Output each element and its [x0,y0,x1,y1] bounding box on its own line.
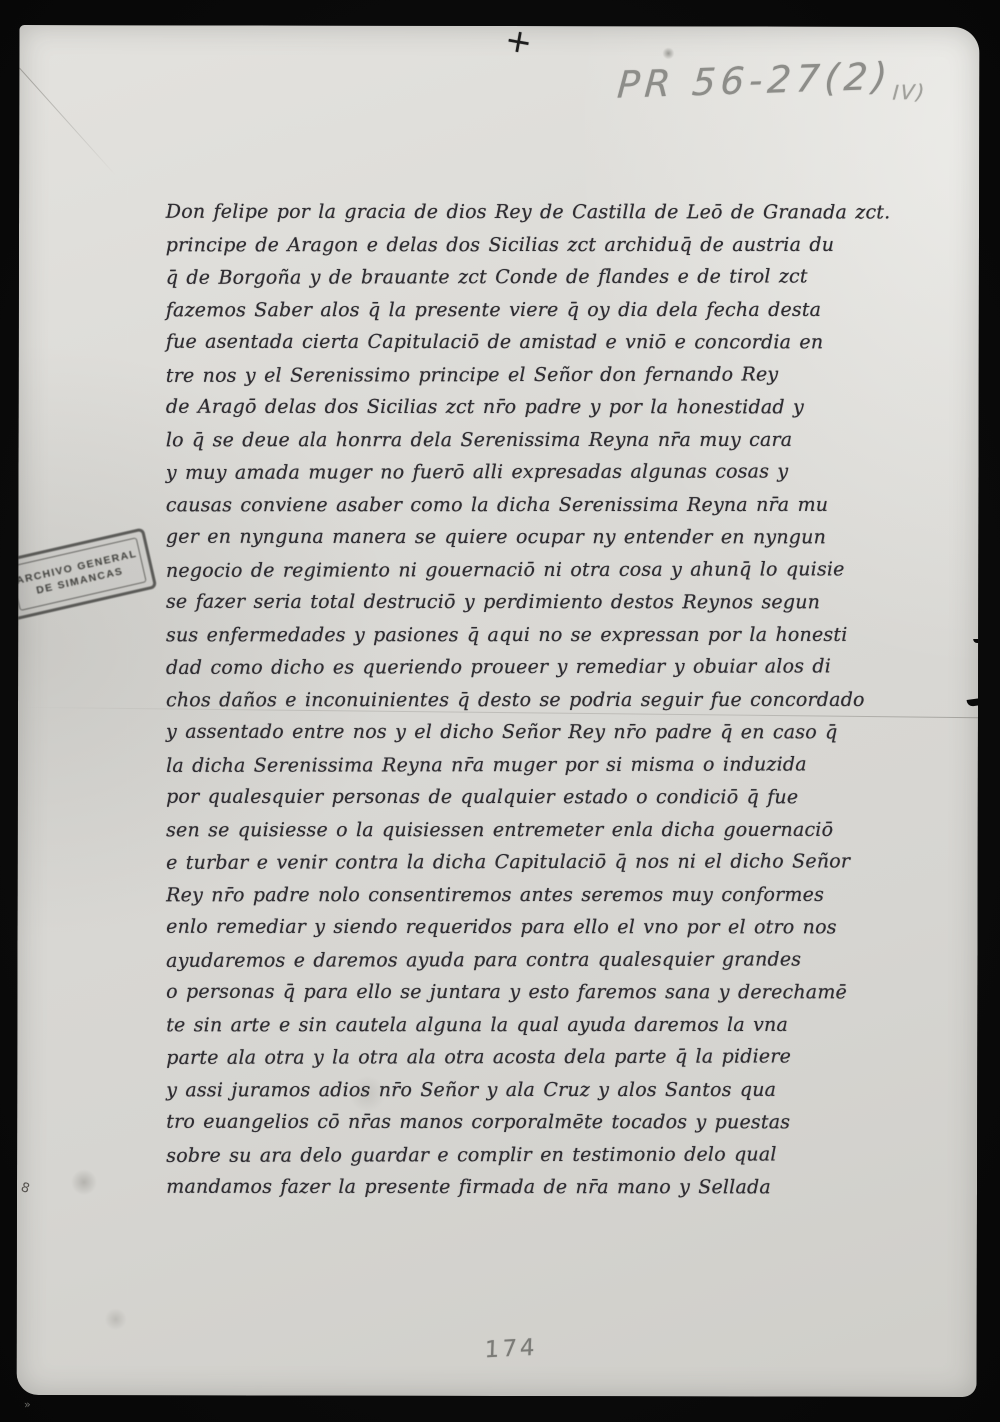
paper-tear-right-small [973,639,979,643]
manuscript-line: sobre su ara delo guardar e complir en t… [166,1138,878,1172]
manuscript-line: negocio de regimiento ni gouernaciō ni o… [166,553,878,587]
manuscript-line: chos daños e inconuinientes q̄ desto se … [166,683,878,716]
manuscript-line: mandamos fazer la presente firmada de nr… [166,1171,878,1204]
paper-tear-right [967,698,980,707]
manuscript-line: por qualesquier personas de qualquier es… [166,781,878,814]
manuscript-line: se fazer seria total destruciō y perdimi… [166,586,878,619]
manuscript-line: fazemos Saber alos q̄ la presente viere … [166,293,878,326]
manuscript-line: tre nos y el Serenissimo principe el Señ… [166,358,878,392]
archive-stamp: ARCHIVO GENERAL DE SIMANCAS [17,527,158,620]
manuscript-line: dad como dicho es queriendo proueer y re… [166,650,878,684]
reference-suffix: IV) [892,79,927,104]
manuscript-line: y assi juramos adios nr̄o Señor y ala Cr… [166,1073,878,1106]
manuscript-line: la dicha Serenissima Reyna nr̄a muger po… [166,748,878,782]
reference-number: PR 56-27(2) [616,55,894,107]
manuscript-page: + PR 56-27(2)IV) ARCHIVO GENERAL DE SIMA… [17,25,980,1397]
manuscript-line: y assentado entre nos y el dicho Señor R… [166,716,878,749]
cross-mark: + [502,25,535,62]
manuscript-line: e turbar e venir contra la dicha Capitul… [166,845,878,879]
manuscript-line: q̄ de Borgoña y de brauante zct Conde de… [166,260,878,294]
manuscript-line: lo q̄ se deue ala honrra dela Serenissim… [166,423,878,456]
manuscript-line: causas conviene asaber como la dicha Ser… [166,488,878,521]
manuscript-line: o personas q̄ para ello se juntara y est… [166,976,878,1009]
manuscript-line: ayudaremos e daremos ayuda para contra q… [166,943,878,977]
manuscript-line: tro euangelios cō nr̄as manos corporalmē… [166,1106,878,1139]
manuscript-text: Don felipe por la gracia de dios Rey de … [166,196,879,1204]
manuscript-line: parte ala otra y la otra ala otra acosta… [166,1040,878,1074]
manuscript-line: principe de Aragon e delas dos Sicilias … [166,228,878,261]
archive-stamp-border: ARCHIVO GENERAL DE SIMANCAS [17,537,147,611]
manuscript-line: fue asentada cierta Capitulaciō de amist… [166,326,878,359]
manuscript-line: enlo remediar y siendo requeridos para e… [166,911,878,944]
border-mark: » [23,1398,31,1412]
archive-reference: PR 56-27(2)IV) [616,53,927,106]
manuscript-line: ger en nynguna manera se quiere ocupar n… [166,521,878,554]
manuscript-line: Rey nr̄o padre nolo consentiremos antes … [166,878,878,911]
manuscript-line: Don felipe por la gracia de dios Rey de … [166,196,878,229]
manuscript-line: sus enfermedades y pasiones q̄ aqui no s… [166,618,878,651]
manuscript-line: y muy amada muger no fuerō alli expresad… [166,455,878,489]
manuscript-line: te sin arte e sin cautela alguna la qual… [166,1008,878,1041]
page-number: 174 [484,1335,538,1364]
photo-frame: + PR 56-27(2)IV) ARCHIVO GENERAL DE SIMA… [0,0,1000,1422]
margin-mark: 8 [19,1180,32,1197]
manuscript-line: de Aragō delas dos Sicilias zct nr̄o pad… [166,391,878,424]
paper-crease-topleft [17,63,116,175]
manuscript-line: sen se quisiesse o la quisiessen entreme… [166,813,878,846]
